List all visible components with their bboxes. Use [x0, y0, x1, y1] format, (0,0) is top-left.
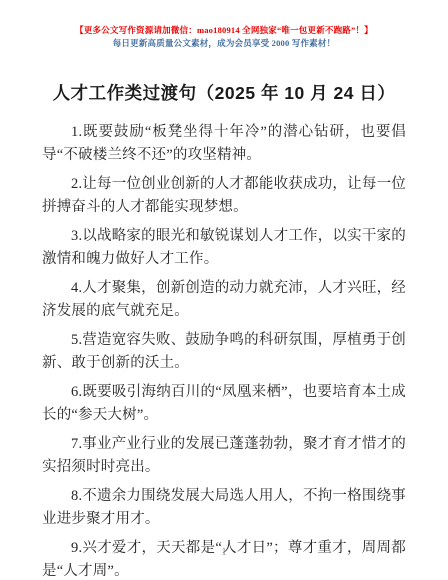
document-body: 1.既要鼓励“板凳坐得十年冷”的潜心钻研，也要倡导“不破楼兰终不还”的攻坚精神。… — [42, 121, 406, 580]
document-page: 【更多公文写作资源请加微信：mao180914 全网独家“唯一包更新不跑路”！】… — [0, 0, 448, 580]
body-paragraph-4: 4.人才聚集，创新创造的动力就充沛，人才兴旺，经济发展的底气就充足。 — [42, 277, 406, 322]
header-promo-line-2: 每日更新高质量公文素材，成为会员享受 2000 写作素材！ — [0, 37, 448, 50]
header-banner: 【更多公文写作资源请加微信：mao180914 全网独家“唯一包更新不跑路”！】… — [0, 0, 448, 50]
body-paragraph-7: 7.事业产业行业的发展已蓬蓬勃勃，聚才育才惜才的实招须时时亮出。 — [42, 433, 406, 478]
body-paragraph-9: 9.兴才爱才，天天都是“人才日”；尊才重才，周周都是“人才周”。 — [42, 537, 406, 580]
body-paragraph-2: 2.让每一位创业创新的人才都能收获成功，让每一位拼搏奋斗的人才都能实现梦想。 — [42, 173, 406, 218]
body-paragraph-6: 6.既要吸引海纳百川的“凤凰来栖”，也要培育本土成长的“参天大树”。 — [42, 381, 406, 426]
body-paragraph-5: 5.营造宽容失败、鼓励争鸣的科研氛围，厚植勇于创新、敢于创新的沃土。 — [42, 329, 406, 374]
body-paragraph-8: 8.不遗余力围绕发展大局选人用人，不拘一格围绕事业进步聚才用才。 — [42, 485, 406, 530]
body-paragraph-1: 1.既要鼓励“板凳坐得十年冷”的潜心钻研，也要倡导“不破楼兰终不还”的攻坚精神。 — [42, 121, 406, 166]
body-paragraph-3: 3.以战略家的眼光和敏锐谋划人才工作，以实干家的激情和魄力做好人才工作。 — [42, 225, 406, 270]
header-promo-line-1: 【更多公文写作资源请加微信：mao180914 全网独家“唯一包更新不跑路”！】 — [0, 24, 448, 37]
document-title: 人才工作类过渡句（2025 年 10 月 24 日） — [30, 80, 418, 105]
page-number: 1 — [0, 547, 448, 558]
